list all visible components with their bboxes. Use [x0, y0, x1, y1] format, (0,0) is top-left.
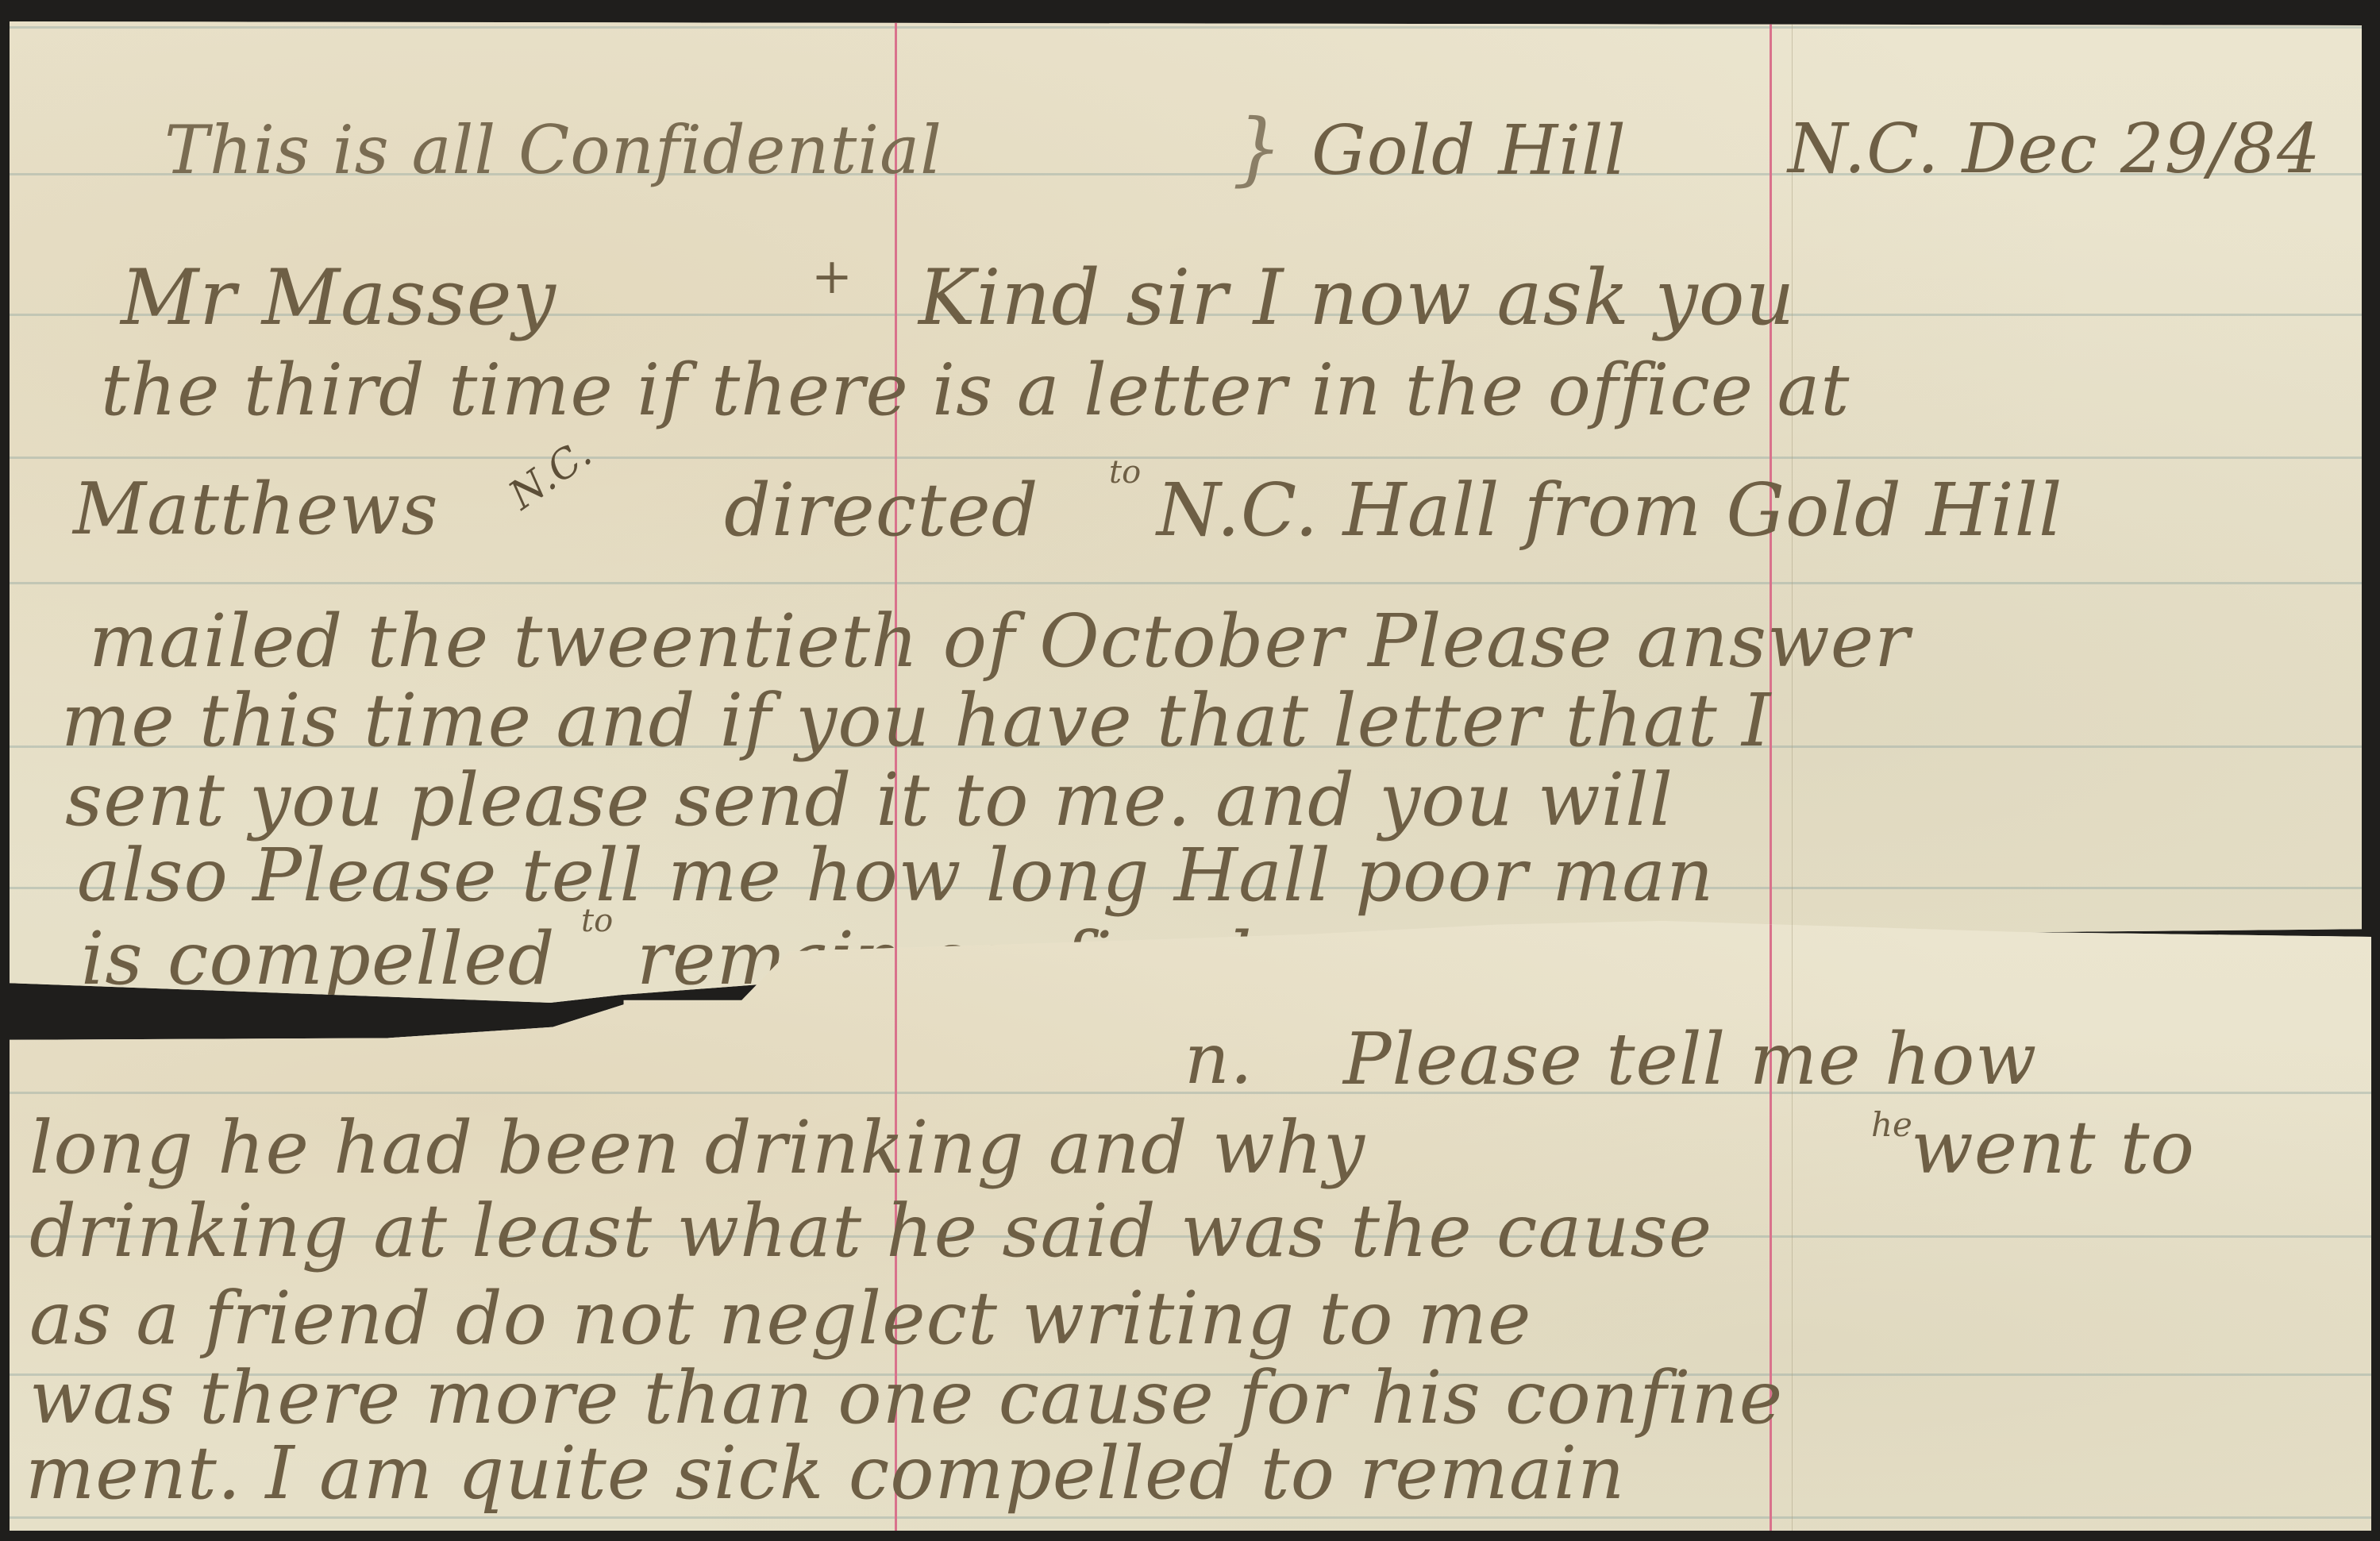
ruled-line — [10, 582, 2362, 584]
line-ment-i-am: ment. I am quite sick compelled to remai… — [25, 1437, 1625, 1510]
word-matthews: Matthews — [73, 474, 439, 545]
word-is-compelled: is compelled — [81, 923, 556, 996]
scan-stage: This is all Confidential } Gold Hill N.C… — [0, 0, 2380, 1541]
salutation-mr-massey: Mr Massey — [121, 260, 556, 336]
insert-mark: + — [811, 252, 853, 301]
line-long-he-had: long he had been drinking and why — [29, 1111, 1365, 1185]
line-went-to: went to — [1911, 1111, 2195, 1185]
line-was-there: was there more than one cause for his co… — [29, 1362, 1783, 1435]
insert-to: to — [1109, 454, 1141, 491]
line-sent-you: sent you please send it to me. and you w… — [65, 764, 1673, 837]
line-drinking-at-least: drinking at least what he said was the c… — [29, 1195, 1712, 1268]
ruled-line — [10, 26, 2362, 29]
struck-insertion: N.C. — [503, 432, 599, 516]
line-as-a-friend: as a friend do not neglect writing to me — [29, 1282, 1532, 1355]
confidential-note: This is all Confidential — [164, 117, 942, 183]
ruled-line — [10, 1516, 2371, 1519]
line-mailed: mailed the tweentieth of October Please … — [89, 605, 1910, 678]
word-directed: directed — [724, 474, 1039, 547]
place-date: N.C. Dec 29/84 — [1788, 115, 2321, 183]
fold-crease — [1792, 921, 1793, 1531]
line-me-this-time: me this time and if you have that letter… — [61, 684, 1771, 757]
torn-fragment-word: n. — [1184, 1024, 1254, 1094]
insert-to: to — [581, 903, 613, 939]
place-gold-hill: Gold Hill — [1311, 117, 1627, 185]
ruled-line — [10, 457, 2362, 459]
line-kind-sir: Kind sir I now ask you — [918, 260, 1795, 336]
line-please-tell: Please tell me how — [1343, 1024, 2037, 1096]
line-nc-hall: N.C. Hall from Gold Hill — [1157, 474, 2062, 547]
letter-fragment-top: This is all Confidential } Gold Hill N.C… — [10, 21, 2362, 1003]
brace: } — [1232, 109, 1284, 188]
line-third-time: the third time if there is a letter in t… — [101, 355, 1850, 426]
line-also-please: also Please tell me how long Hall poor m… — [77, 839, 1714, 912]
insert-he: he — [1871, 1105, 1912, 1144]
letter-fragment-bottom: n. Please tell me how long he had been d… — [10, 921, 2371, 1531]
